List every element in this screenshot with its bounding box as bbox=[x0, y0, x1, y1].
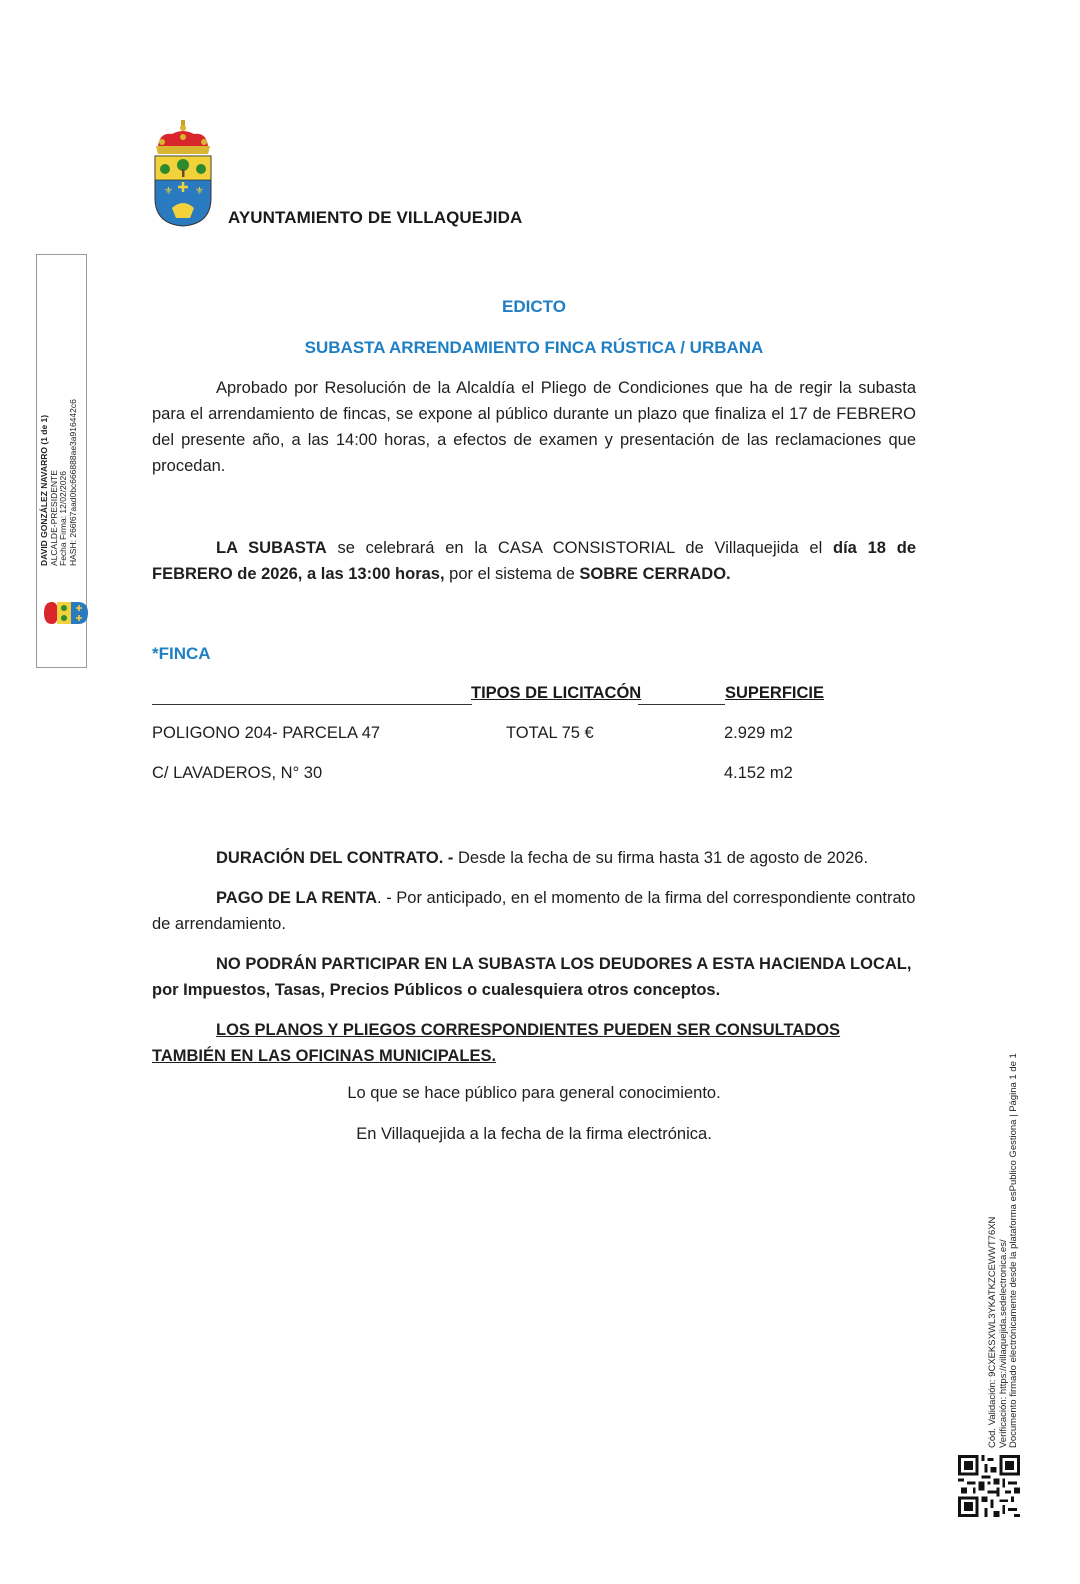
table-cell-superficie: 2.929 m2 bbox=[724, 724, 793, 743]
auction-text-1: se celebrará en la CASA CONSISTORIAL de … bbox=[327, 539, 833, 557]
plans-notice: LOS PLANOS Y PLIEGOS CORRESPONDIENTES PU… bbox=[152, 1017, 916, 1069]
table-cell-finca: C/ LAVADEROS, N° 30 bbox=[152, 764, 322, 783]
coat-of-arms-icon bbox=[42, 598, 88, 628]
table-header-superficie: SUPERFICIE bbox=[725, 684, 824, 703]
auction-lead: LA SUBASTA bbox=[216, 539, 327, 557]
qr-code-icon[interactable] bbox=[958, 1455, 1020, 1517]
finca-label: *FINCA bbox=[152, 644, 211, 664]
verification-details: Cód. Validación: 9CXEKSXWL3YKATKZCEWWT76… bbox=[988, 1053, 1020, 1448]
document-subtitle: SUBASTA ARRENDAMIENTO FINCA RÚSTICA / UR… bbox=[152, 338, 916, 358]
table-cell-tipo: TOTAL 75 € bbox=[506, 724, 594, 743]
debtors-notice: NO PODRÁN PARTICIPAR EN LA SUBASTA LOS D… bbox=[152, 951, 916, 1003]
coat-of-arms-icon: ⚜ ⚜ bbox=[152, 120, 214, 228]
platform-note: Documento firmado electrónicamente desde… bbox=[1009, 1053, 1020, 1448]
table-header-tipos: TIPOS DE LICITACÓN bbox=[471, 684, 641, 703]
svg-text:⚜: ⚜ bbox=[164, 186, 173, 197]
payment-paragraph: PAGO DE LA RENTA. - Por anticipado, en e… bbox=[152, 885, 916, 937]
duration-text: Desde la fecha de su firma hasta 31 de a… bbox=[453, 849, 868, 867]
auction-system: SOBRE CERRADO. bbox=[579, 565, 730, 583]
auction-text-2: por el sistema de bbox=[445, 565, 580, 583]
auction-paragraph: LA SUBASTA se celebrará en la CASA CONSI… bbox=[152, 535, 916, 587]
closing-line-2: En Villaquejida a la fecha de la firma e… bbox=[152, 1125, 916, 1144]
signature-hash: HASH: 266f67aad0bc666888ae3a916442c6 bbox=[69, 399, 79, 566]
closing-line-1: Lo que se hace público para general cono… bbox=[152, 1084, 916, 1103]
duration-label: DURACIÓN DEL CONTRATO. - bbox=[216, 849, 453, 867]
document-title: EDICTO bbox=[152, 297, 916, 317]
signature-details: DAVID GONZÁLEZ NAVARRO (1 de 1) ALCALDE-… bbox=[40, 399, 78, 566]
validation-code: Cód. Validación: 9CXEKSXWL3YKATKZCEWWT76… bbox=[988, 1053, 999, 1448]
table-cell-finca: POLIGONO 204- PARCELA 47 bbox=[152, 724, 380, 743]
duration-paragraph: DURACIÓN DEL CONTRATO. - Desde la fecha … bbox=[152, 845, 916, 871]
svg-text:⚜: ⚜ bbox=[195, 186, 204, 197]
organization-name: AYUNTAMIENTO DE VILLAQUEJIDA bbox=[228, 208, 522, 228]
table-header-rule bbox=[638, 704, 725, 705]
table-cell-superficie: 4.152 m2 bbox=[724, 764, 793, 783]
intro-paragraph: Aprobado por Resolución de la Alcaldía e… bbox=[152, 375, 916, 479]
table-header-rule bbox=[152, 704, 472, 705]
payment-label: PAGO DE LA RENTA bbox=[216, 889, 377, 907]
